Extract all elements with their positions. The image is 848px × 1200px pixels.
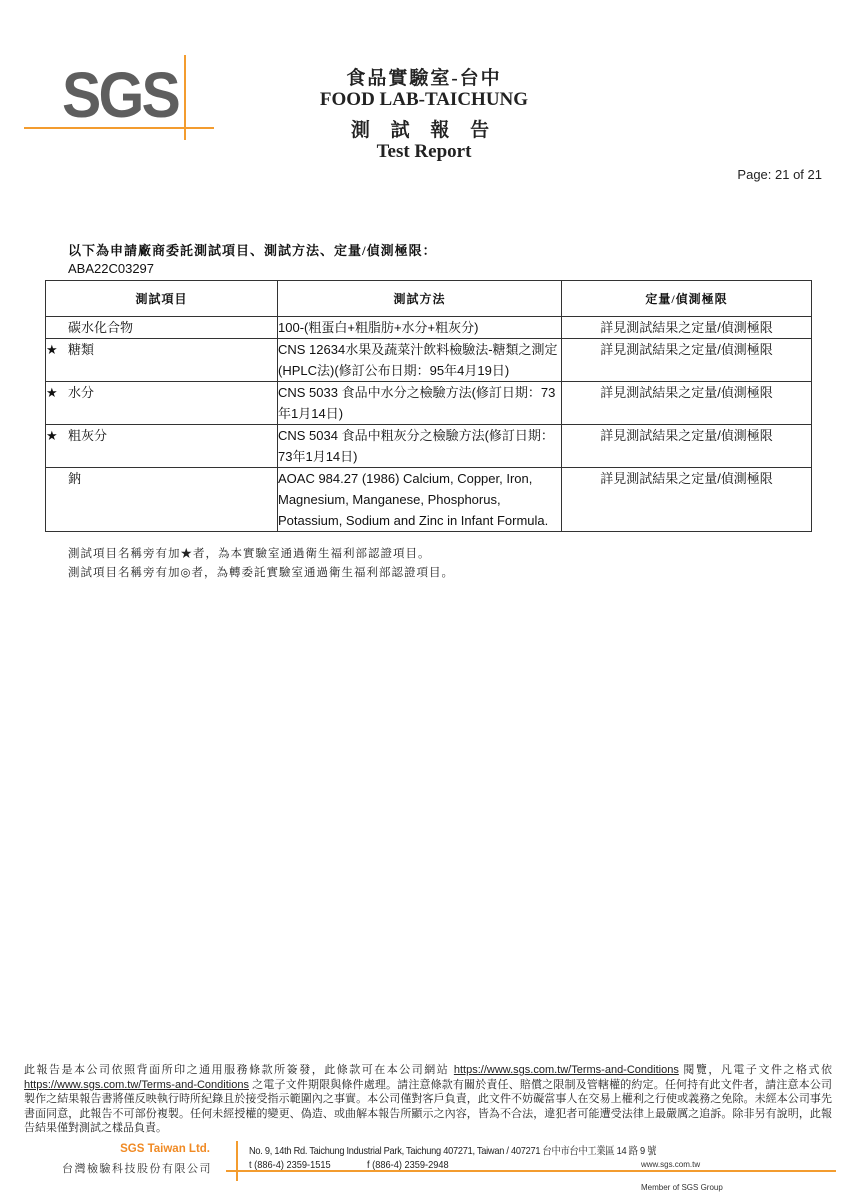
company-name-cn: 台灣檢驗科技股份有限公司 bbox=[60, 1160, 212, 1176]
note-accredited: 測試項目名稱旁有加★者，為本實驗室通過衛生福利部認證項目。 bbox=[68, 545, 431, 561]
table-row: ★水分 CNS 5033 食品中水分之檢驗方法(修訂日期：73年1月14日) 詳… bbox=[46, 382, 812, 425]
company-fax: f (886-4) 2359-2948 bbox=[367, 1159, 449, 1171]
test-method-cell: 100-(粗蛋白+粗脂肪+水分+粗灰分) bbox=[278, 317, 562, 339]
header-test-item: 測試項目 bbox=[46, 281, 278, 317]
table-header-row: 測試項目 測試方法 定量/偵測極限 bbox=[46, 281, 812, 317]
detection-limit-cell: 詳見測試結果之定量/偵測極限 bbox=[562, 468, 812, 532]
lab-title-en: FOOD LAB-TAICHUNG bbox=[0, 89, 848, 111]
accreditation-star-icon: ★ bbox=[46, 385, 68, 401]
report-title-en: Test Report bbox=[0, 141, 848, 163]
test-item-name: 鈉 bbox=[68, 471, 81, 486]
company-address: No. 9, 14th Rd. Taichung Industrial Park… bbox=[249, 1143, 656, 1158]
terms-link[interactable]: https://www.sgs.com.tw/Terms-and-Conditi… bbox=[454, 1064, 679, 1076]
detection-limit-cell: 詳見測試結果之定量/偵測極限 bbox=[562, 339, 812, 382]
company-website[interactable]: www.sgs.com.tw bbox=[641, 1160, 700, 1169]
detection-limit-cell: 詳見測試結果之定量/偵測極限 bbox=[562, 425, 812, 468]
detection-limit-cell: 詳見測試結果之定量/偵測極限 bbox=[562, 382, 812, 425]
table-row: 碳水化合物 100-(粗蛋白+粗脂肪+水分+粗灰分) 詳見測試結果之定量/偵測極… bbox=[46, 317, 812, 339]
member-of-group: Member of SGS Group bbox=[641, 1183, 723, 1192]
test-item-name: 糖類 bbox=[68, 342, 94, 357]
report-title-cn: 測 試 報 告 bbox=[0, 115, 848, 142]
disclaimer-text: 此報告是本公司依照背面所印之通用服務條款所簽發，此條款可在本公司網站 bbox=[24, 1064, 454, 1076]
detection-limit-cell: 詳見測試結果之定量/偵測極限 bbox=[562, 317, 812, 339]
test-item-name: 粗灰分 bbox=[68, 428, 107, 443]
test-item-cell: 鈉 bbox=[46, 468, 278, 532]
test-item-cell: ★粗灰分 bbox=[46, 425, 278, 468]
footer-vertical-line bbox=[236, 1141, 238, 1181]
table-row: 鈉 AOAC 984.27 (1986) Calcium, Copper, Ir… bbox=[46, 468, 812, 532]
terms-link[interactable]: https://www.sgs.com.tw/Terms-and-Conditi… bbox=[24, 1079, 249, 1091]
accreditation-star-icon: ★ bbox=[46, 428, 68, 444]
page-number: Page: 21 of 21 bbox=[737, 167, 822, 182]
test-method-cell: CNS 5034 食品中粗灰分之檢驗方法(修訂日期：73年1月14日) bbox=[278, 425, 562, 468]
test-method-cell: AOAC 984.27 (1986) Calcium, Copper, Iron… bbox=[278, 468, 562, 532]
lab-title-cn: 食品實驗室-台中 bbox=[0, 63, 848, 90]
test-item-name: 水分 bbox=[68, 385, 94, 400]
test-item-cell: 碳水化合物 bbox=[46, 317, 278, 339]
test-method-cell: CNS 12634水果及蔬菜汁飲料檢驗法-糖類之測定(HPLC法)(修訂公布日期… bbox=[278, 339, 562, 382]
header-test-method: 測試方法 bbox=[278, 281, 562, 317]
test-method-cell: CNS 5033 食品中水分之檢驗方法(修訂日期：73年1月14日) bbox=[278, 382, 562, 425]
test-item-cell: ★水分 bbox=[46, 382, 278, 425]
accreditation-star-icon: ★ bbox=[46, 342, 68, 358]
company-name-en: SGS Taiwan Ltd. bbox=[60, 1143, 210, 1155]
company-telephone: t (886-4) 2359-1515 bbox=[249, 1159, 331, 1171]
table-row: ★糖類 CNS 12634水果及蔬菜汁飲料檢驗法-糖類之測定(HPLC法)(修訂… bbox=[46, 339, 812, 382]
legal-disclaimer: 此報告是本公司依照背面所印之通用服務條款所簽發，此條款可在本公司網站 https… bbox=[24, 1063, 832, 1136]
test-item-name: 碳水化合物 bbox=[68, 320, 133, 335]
header-detection-limit: 定量/偵測極限 bbox=[562, 281, 812, 317]
disclaimer-text: 閱覽，凡電子文件之格式依 bbox=[679, 1064, 832, 1076]
test-item-cell: ★糖類 bbox=[46, 339, 278, 382]
intro-heading: 以下為申請廠商委託測試項目、測試方法、定量/偵測極限： bbox=[68, 240, 437, 259]
test-items-table: 測試項目 測試方法 定量/偵測極限 碳水化合物 100-(粗蛋白+粗脂肪+水分+… bbox=[45, 280, 812, 532]
report-number: ABA22C03297 bbox=[68, 261, 154, 276]
note-subcontracted: 測試項目名稱旁有加◎者，為轉委託實驗室通過衛生福利部認證項目。 bbox=[68, 564, 454, 580]
table-row: ★粗灰分 CNS 5034 食品中粗灰分之檢驗方法(修訂日期：73年1月14日)… bbox=[46, 425, 812, 468]
